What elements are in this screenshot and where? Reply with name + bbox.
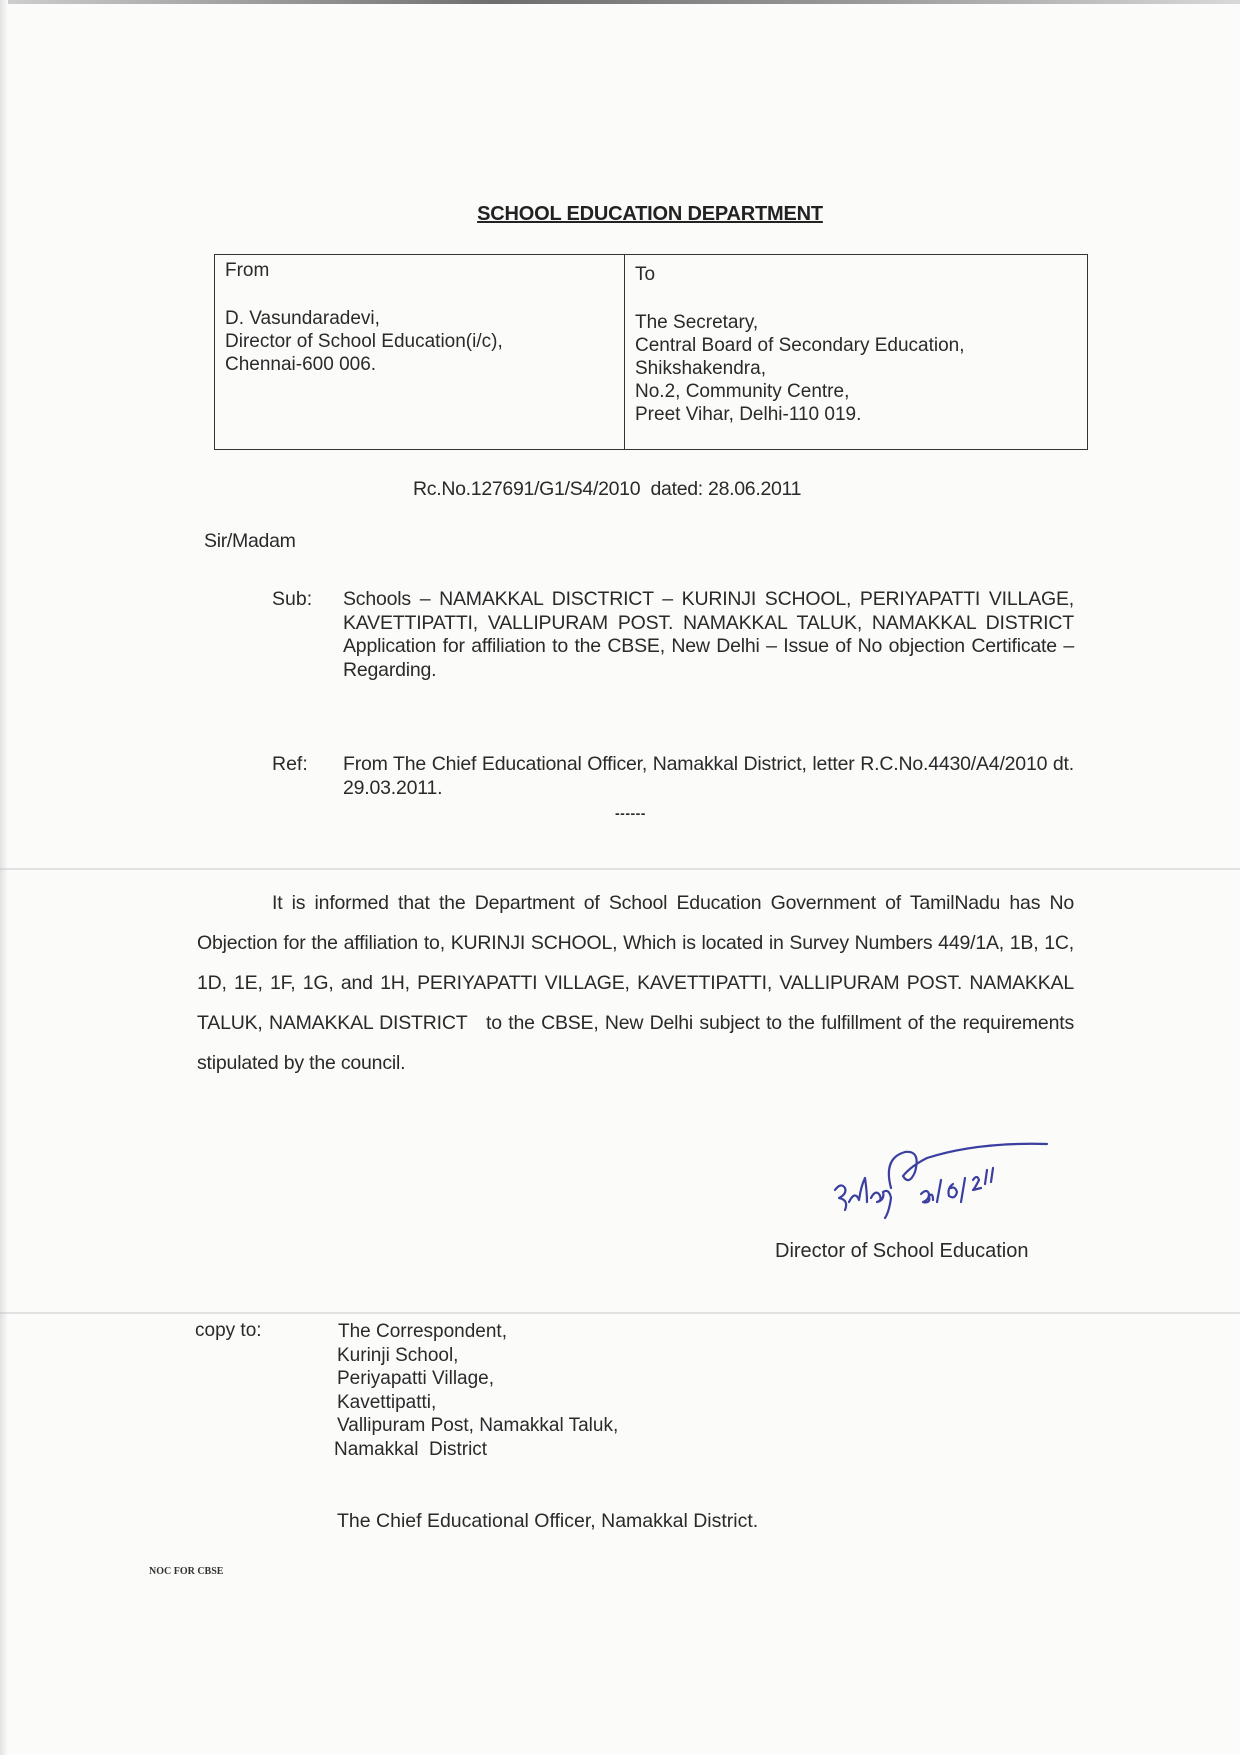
to-line: Central Board of Secondary Education, xyxy=(635,334,1077,357)
subject-label: Sub: xyxy=(272,588,312,611)
copy-line: Kurinji School, xyxy=(337,1344,618,1368)
copy-line: Periyapatti Village, xyxy=(337,1367,618,1391)
subject-text: Schools – NAMAKKAL DISCTRICT – KURINJI S… xyxy=(343,588,1074,682)
address-table: From D. Vasundaradevi, Director of Schoo… xyxy=(214,254,1088,450)
signer-designation: Director of School Education xyxy=(775,1240,1028,1263)
to-line: No.2, Community Centre, xyxy=(635,380,1077,403)
from-heading: From xyxy=(225,259,614,282)
to-line: Shikshakendra, xyxy=(635,357,1077,380)
document-title: SCHOOL EDUCATION DEPARTMENT xyxy=(0,203,1240,226)
from-line: D. Vasundaradevi, xyxy=(225,307,614,330)
copy-line: The Correspondent, xyxy=(338,1320,618,1344)
to-line: The Secretary, xyxy=(635,311,1077,334)
copy-line: Namakkal District xyxy=(334,1438,618,1462)
paper-fold-line xyxy=(0,1312,1240,1314)
body-paragraph: It is informed that the Department of Sc… xyxy=(197,883,1074,1083)
scan-left-edge xyxy=(0,0,8,1755)
from-line: Director of School Education(i/c), xyxy=(225,330,614,353)
to-cell: To The Secretary, Central Board of Secon… xyxy=(625,255,1087,449)
to-line: Preet Vihar, Delhi-110 019. xyxy=(635,403,1077,426)
scan-top-edge xyxy=(0,0,1240,4)
reference-number: Rc.No.127691/G1/S4/2010 dated: 28.06.201… xyxy=(413,478,801,501)
paper-fold-line xyxy=(0,868,1240,870)
footer-tag: NOC FOR CBSE xyxy=(149,1566,223,1577)
copy-line: Vallipuram Post, Namakkal Taluk, xyxy=(337,1414,618,1438)
handwritten-signature xyxy=(825,1140,1085,1220)
copy-recipient-2: The Chief Educational Officer, Namakkal … xyxy=(337,1510,758,1533)
salutation: Sir/Madam xyxy=(204,530,296,553)
to-heading: To xyxy=(635,263,1077,286)
copy-recipient-1: The Correspondent, Kurinji School, Periy… xyxy=(337,1320,618,1461)
copy-line: Kavettipatti, xyxy=(337,1391,618,1415)
reference-text: From The Chief Educational Officer, Nama… xyxy=(343,753,1074,800)
copy-to-label: copy to: xyxy=(195,1320,262,1342)
separator: ------ xyxy=(615,805,646,821)
from-cell: From D. Vasundaradevi, Director of Schoo… xyxy=(215,255,625,449)
from-line: Chennai-600 006. xyxy=(225,353,614,376)
reference-label: Ref: xyxy=(272,753,308,776)
